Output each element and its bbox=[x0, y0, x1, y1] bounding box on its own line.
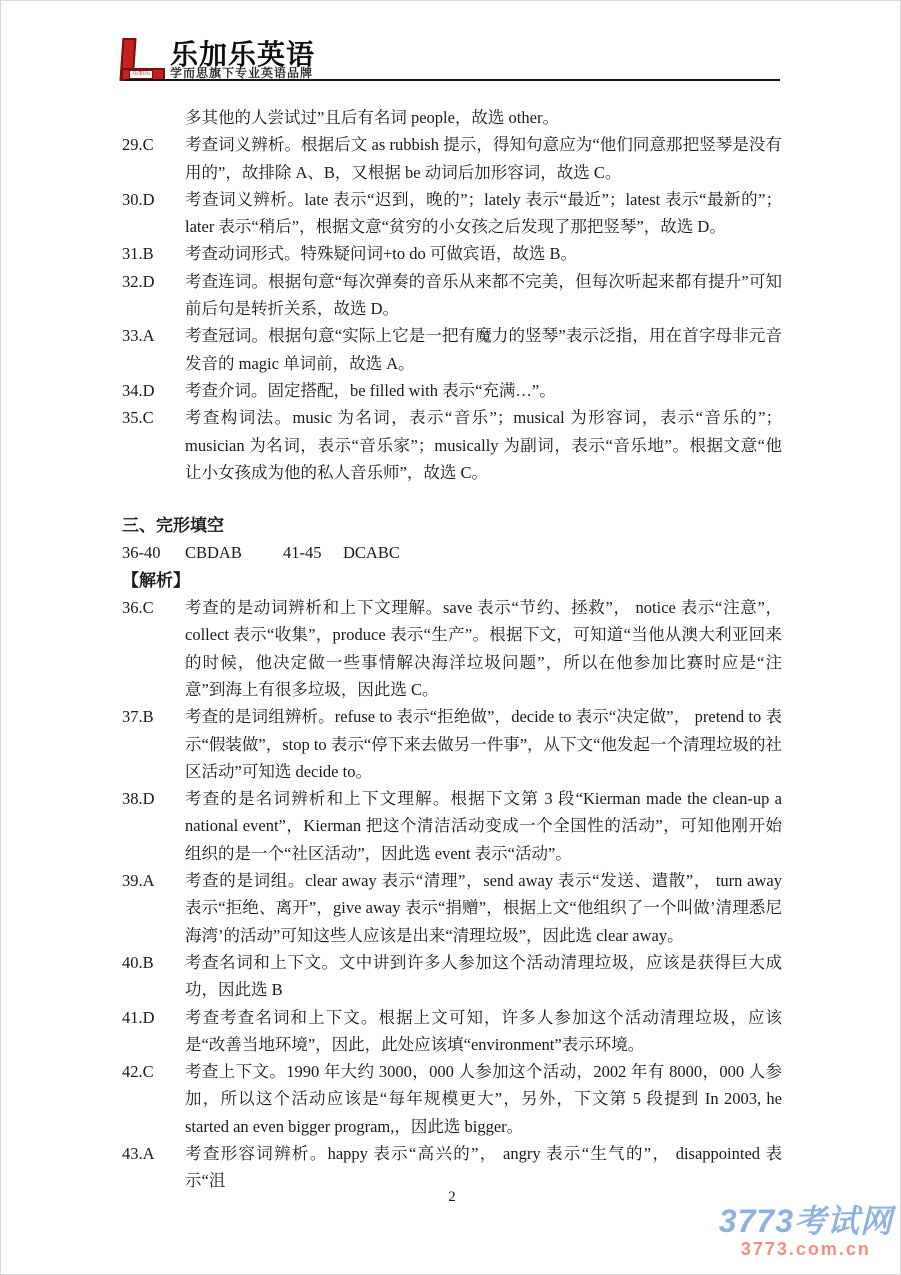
answer-range-1: 36-40 bbox=[122, 539, 185, 566]
item-number: 30.D bbox=[122, 186, 185, 241]
item-number: 31.B bbox=[122, 240, 185, 267]
watermark-site-url: 3773.com.cn bbox=[719, 1239, 893, 1259]
item-number: 33.A bbox=[122, 322, 185, 377]
item-text: 考查的是动词辨析和上下文理解。save 表示“节约、拯救”， notice 表示… bbox=[185, 594, 782, 703]
item-number: 37.B bbox=[122, 703, 185, 785]
answer-item-38: 38.D 考查的是名词辨析和上下文理解。根据下文第 3 段“Kierman ma… bbox=[122, 785, 782, 867]
item-number: 42.C bbox=[122, 1058, 185, 1140]
analysis-heading: 【解析】 bbox=[122, 567, 782, 594]
item-text: 考查名词和上下文。文中讲到许多人参加这个活动清理垃圾，应该是获得巨大成功，因此选… bbox=[185, 949, 782, 1004]
item-text: 考查介词。固定搭配，be filled with 表示“充满…”。 bbox=[185, 377, 782, 404]
answer-item-29: 29.C 考查词义辨析。根据后文 as rubbish 提示，得知句意应为“他们… bbox=[122, 131, 782, 186]
document-page: 乐加乐 乐加乐英语 学而思旗下专业英语品牌 多其他的人尝试过”且后有名词 peo… bbox=[0, 0, 901, 1275]
header-divider bbox=[125, 79, 780, 81]
page-number: 2 bbox=[122, 1189, 782, 1206]
item-number: 35.C bbox=[122, 404, 185, 486]
answer-letters-1: CBDAB bbox=[185, 539, 283, 566]
item-text: 考查的是名词辨析和上下文理解。根据下文第 3 段“Kierman made th… bbox=[185, 785, 782, 867]
item-number: 32.D bbox=[122, 268, 185, 323]
item-number: 43.A bbox=[122, 1140, 185, 1195]
answer-key-row: 36-40 CBDAB 41-45 DCABC bbox=[122, 539, 782, 566]
answer-item-36: 36.C 考查的是动词辨析和上下文理解。save 表示“节约、拯救”， noti… bbox=[122, 594, 782, 703]
item-text: 考查连词。根据句意“每次弹奏的音乐从来都不完美，但每次听起来都有提升”可知前后句… bbox=[185, 268, 782, 323]
item-number: 41.D bbox=[122, 1004, 185, 1059]
answer-item-41: 41.D 考查考查名词和上下文。根据上文可知，许多人参加这个活动清理垃圾，应该是… bbox=[122, 1004, 782, 1059]
answer-item-30: 30.D 考查词义辨析。late 表示“迟到，晚的”；lately 表示“最近”… bbox=[122, 186, 782, 241]
item-text: 考查的是词组。clear away 表示“清理”，send away 表示“发送… bbox=[185, 867, 782, 949]
answer-item-33: 33.A 考查冠词。根据句意“实际上它是一把有魔力的竖琴”表示泛指，用在首字母非… bbox=[122, 322, 782, 377]
item-number: 38.D bbox=[122, 785, 185, 867]
answer-item-continuation: 多其他的人尝试过”且后有名词 people，故选 other。 bbox=[122, 104, 782, 131]
item-text: 考查上下文。1990 年大约 3000，000 人参加这个活动，2002 年有 … bbox=[185, 1058, 782, 1140]
answer-letters-2: DCABC bbox=[343, 539, 400, 566]
answer-item-37: 37.B 考查的是词组辨析。refuse to 表示“拒绝做”，decide t… bbox=[122, 703, 782, 785]
answer-item-39: 39.A 考查的是词组。clear away 表示“清理”，send away … bbox=[122, 867, 782, 949]
section-title-cloze: 三、完形填空 bbox=[122, 512, 782, 539]
item-number: 29.C bbox=[122, 131, 185, 186]
answer-explanations: 多其他的人尝试过”且后有名词 people，故选 other。 29.C 考查词… bbox=[122, 104, 782, 1195]
item-text: 考查动词形式。特殊疑问词+to do 可做宾语，故选 B。 bbox=[185, 240, 782, 267]
answer-item-43: 43.A 考查形容词辨析。happy 表示“高兴的”， angry 表示“生气的… bbox=[122, 1140, 782, 1195]
item-number bbox=[122, 104, 185, 131]
item-text: 考查考查名词和上下文。根据上文可知，许多人参加这个活动清理垃圾，应该是“改善当地… bbox=[185, 1004, 782, 1059]
item-number: 34.D bbox=[122, 377, 185, 404]
answer-item-31: 31.B 考查动词形式。特殊疑问词+to do 可做宾语，故选 B。 bbox=[122, 240, 782, 267]
item-text: 多其他的人尝试过”且后有名词 people，故选 other。 bbox=[185, 104, 782, 131]
item-number: 39.A bbox=[122, 867, 185, 949]
item-text: 考查形容词辨析。happy 表示“高兴的”， angry 表示“生气的”， di… bbox=[185, 1140, 782, 1195]
item-text: 考查构词法。music 为名词，表示“音乐”；musical 为形容词，表示“音… bbox=[185, 404, 782, 486]
answer-item-32: 32.D 考查连词。根据句意“每次弹奏的音乐从来都不完美，但每次听起来都有提升”… bbox=[122, 268, 782, 323]
answer-item-35: 35.C 考查构词法。music 为名词，表示“音乐”；musical 为形容词… bbox=[122, 404, 782, 486]
item-number: 40.B bbox=[122, 949, 185, 1004]
item-text: 考查的是词组辨析。refuse to 表示“拒绝做”，decide to 表示“… bbox=[185, 703, 782, 785]
item-number: 36.C bbox=[122, 594, 185, 703]
item-text: 考查词义辨析。根据后文 as rubbish 提示，得知句意应为“他们同意那把竖… bbox=[185, 131, 782, 186]
answer-item-42: 42.C 考查上下文。1990 年大约 3000，000 人参加这个活动，200… bbox=[122, 1058, 782, 1140]
answer-item-40: 40.B 考查名词和上下文。文中讲到许多人参加这个活动清理垃圾，应该是获得巨大成… bbox=[122, 949, 782, 1004]
answer-range-2: 41-45 bbox=[283, 539, 343, 566]
logo-tag-label: 乐加乐 bbox=[129, 70, 153, 79]
answer-item-34: 34.D 考查介词。固定搭配，be filled with 表示“充满…”。 bbox=[122, 377, 782, 404]
brand-logo-icon: 乐加乐 bbox=[121, 35, 167, 81]
item-text: 考查冠词。根据句意“实际上它是一把有魔力的竖琴”表示泛指，用在首字母非元音发音的… bbox=[185, 322, 782, 377]
item-text: 考查词义辨析。late 表示“迟到，晚的”；lately 表示“最近”；late… bbox=[185, 186, 782, 241]
watermark-site-name: 3773考试网 bbox=[719, 1203, 893, 1239]
site-watermark: 3773考试网 3773.com.cn bbox=[719, 1203, 893, 1259]
